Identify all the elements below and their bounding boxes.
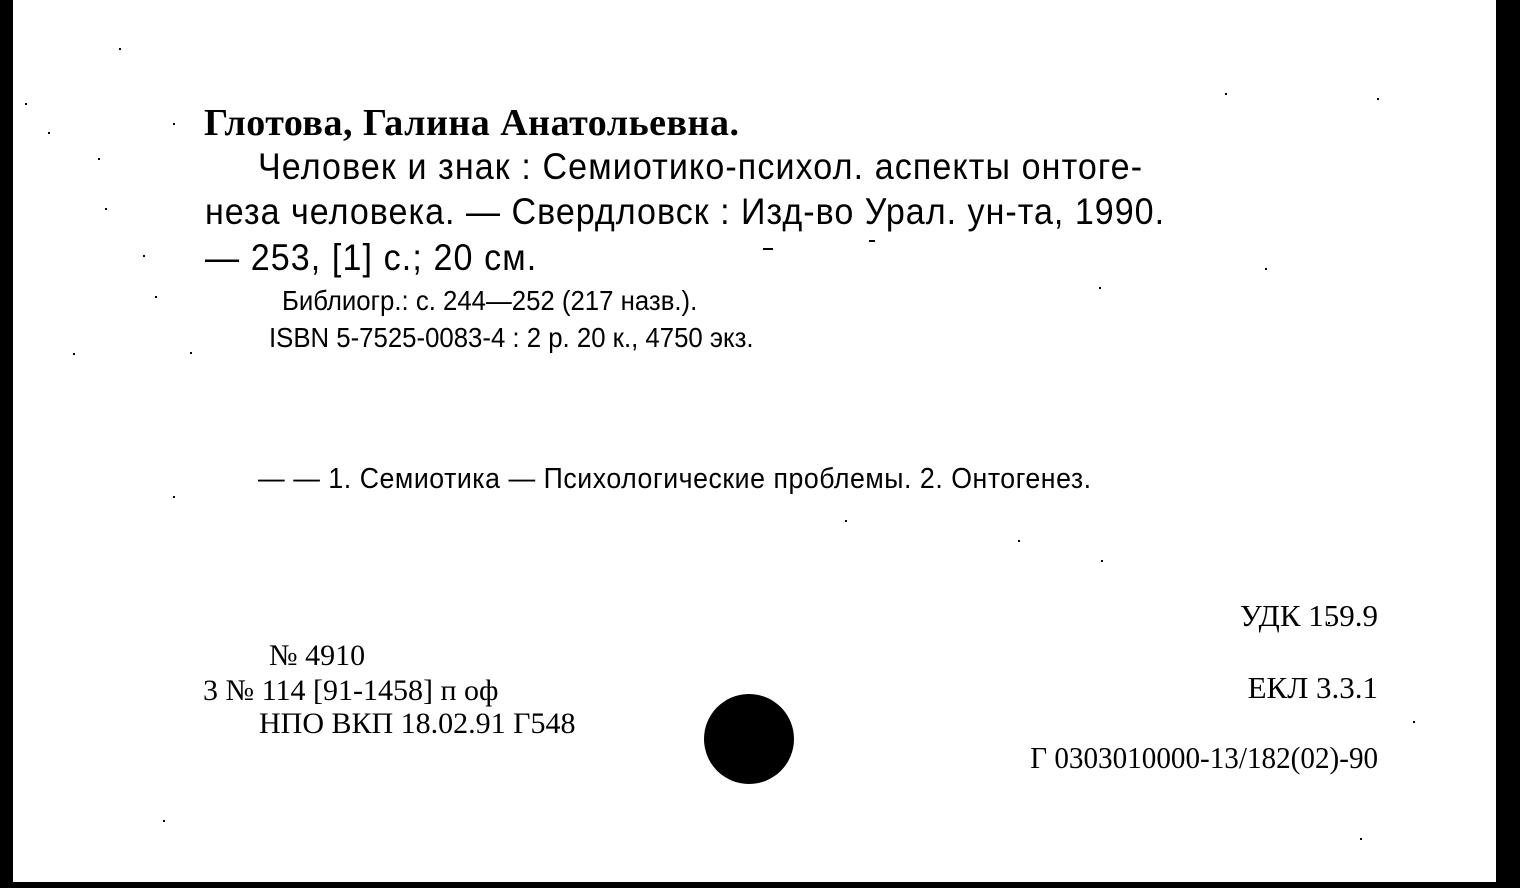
scan-border-bottom <box>0 882 1520 888</box>
scan-speck <box>1225 93 1227 95</box>
scan-speck <box>98 158 100 160</box>
scanned-catalog-card: Глотова, Галина Анатольевна. Человек и з… <box>0 0 1520 888</box>
scan-speck <box>173 496 175 498</box>
scan-speck <box>25 103 27 105</box>
scan-speck <box>48 132 50 134</box>
scan-speck <box>845 520 847 522</box>
scan-speck <box>1328 622 1330 624</box>
scan-border-right <box>1496 0 1520 888</box>
scan-speck <box>173 123 175 125</box>
scan-speck <box>869 240 875 242</box>
scan-speck <box>163 820 165 822</box>
catalog-card: Глотова, Галина Анатольевна. Человек и з… <box>13 0 1496 882</box>
isbn-price-note: ISBN 5-7525-0083-4 : 2 р. 20 к., 4750 эк… <box>269 324 754 352</box>
title-line-2: неза человека. — Свердловск : Изд-во Ура… <box>205 193 1165 230</box>
bibliography-note: Библиогр.: с. 244—252 (217 назв.). <box>282 287 697 315</box>
scan-speck <box>143 255 145 257</box>
scan-speck <box>190 352 192 354</box>
punch-hole <box>704 694 794 784</box>
scan-speck <box>1360 838 1362 840</box>
udc-code: УДК 159.9 <box>1240 600 1378 631</box>
scan-speck <box>73 353 75 355</box>
title-line-1: Человек и знак : Семиотико-психол. аспек… <box>258 148 1143 185</box>
print-number: № 4910 <box>269 641 365 671</box>
title-line-3: — 253, [1] с.; 20 см. <box>205 239 537 276</box>
scan-speck <box>763 248 773 250</box>
scan-speck <box>1413 721 1415 723</box>
order-number: 3 № 114 [91-1458] п оф <box>203 676 498 706</box>
subject-headings: — — 1. Семиотика — Психологические пробл… <box>258 465 1092 494</box>
scan-speck <box>155 296 157 298</box>
scan-speck <box>1265 268 1267 270</box>
author-heading: Глотова, Галина Анатольевна. <box>204 104 739 142</box>
printer-info: НПО ВКП 18.02.91 Г548 <box>259 709 576 739</box>
ekl-code: ЕКЛ 3.3.1 <box>1248 672 1378 703</box>
scan-speck <box>119 48 121 50</box>
scan-speck <box>1018 540 1020 542</box>
scan-speck <box>1101 560 1103 562</box>
catalog-code: Г 0303010000-13/182(02)-90 <box>1030 742 1378 773</box>
scan-speck <box>1099 287 1101 289</box>
scan-speck <box>1377 98 1379 100</box>
scan-speck <box>105 208 107 210</box>
